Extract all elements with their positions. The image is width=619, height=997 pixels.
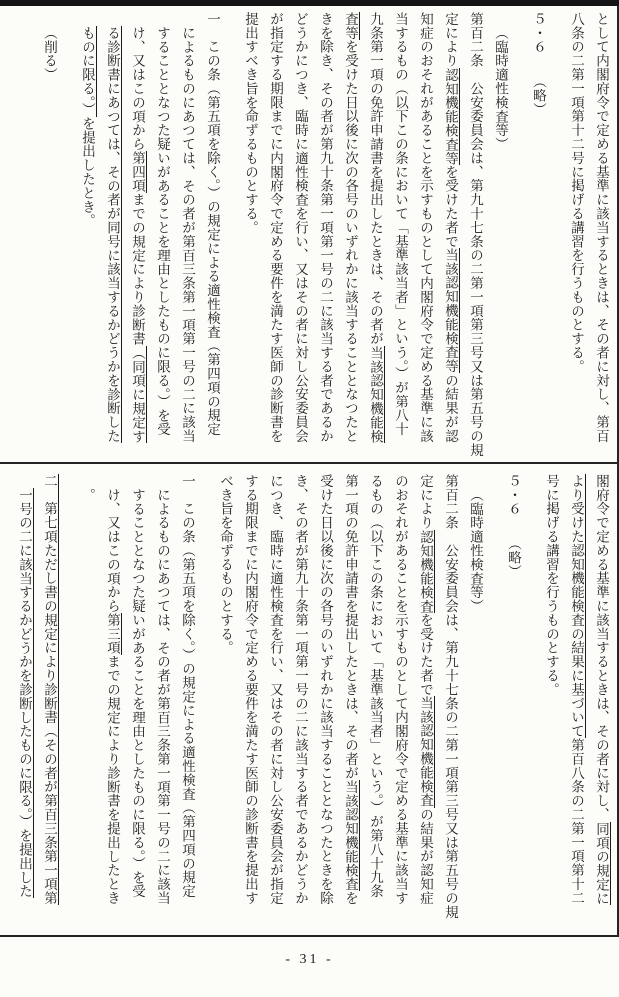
text-column: ５・６ （略） — [501, 474, 526, 922]
text-run: することとなつた疑いがあることを理由としたものに限る。）を受 — [155, 26, 170, 436]
text-run: 第百二条 公安委員会は、第九十七条の二第一項第三号又は第五号の規 — [443, 474, 458, 919]
sideline-emphasis-text: 当該認知機能検査 — [343, 780, 360, 891]
text-column: 閣府令で定める基準に該当するときは、その者に対し、同項の規定に — [589, 474, 614, 922]
sideline-emphasis-text: 当該認知機能検査等 — [443, 248, 460, 373]
text-column: より受けた認知機能検査の結果に基づいて第百八条の二第一項第十二 — [564, 474, 589, 922]
sideline-emphasis-text: 一号の二に該当するかどうかを診断したものに限る。）を提出した — [17, 488, 34, 898]
text-column: によるものにあつては、その者が第百三条第一項第一号の二に該当 — [150, 474, 175, 922]
text-column: 査等を受けた日以後に次の各号のいずれかに該当することとなつたと — [338, 12, 363, 460]
text-column: 定により認知機能検査等を受けた者で当該認知機能検査等の結果が認 — [438, 12, 463, 460]
text-column: することとなつた疑いがあることを理由としたものに限る。）を受 — [150, 12, 175, 460]
sideline-emphasis-text: る診断書にあつては、その者が同号に該当するかどうかを診断した — [105, 26, 122, 443]
text-run: を受けた者で — [443, 165, 458, 248]
text-column: 当するもの（以下この条において「基準該当者」という。）が第八十 — [388, 12, 413, 460]
text-run: べき旨を命ずるものとする。 — [218, 474, 233, 655]
text-run: 第百二条 公安委員会は、第九十七条の二第一項第三号又は第五号の規 — [468, 12, 483, 457]
text-column: 第百二条 公安委員会は、第九十七条の二第一項第三号又は第五号の規 — [463, 12, 488, 460]
text-column: べき旨を命ずるものとする。 — [213, 474, 238, 922]
sideline-emphasis-text: 第四項 — [130, 151, 147, 193]
text-run: として内閣府令で定める基準に該当するときは、その者に対し、第百 — [594, 12, 609, 443]
text-run: 当するもの（以下この条において「基準該当者」という。）が第八十 — [393, 12, 408, 436]
text-column: として内閣府令で定める基準に該当するときは、その者に対し、第百 — [589, 12, 614, 460]
text-run: を受けた者で — [418, 613, 433, 696]
text-run: 一 この条（第五項を除く。）の規定による適性検査（第四項の規定 — [205, 12, 220, 436]
text-column: け、又はこの項から第四項までの規定により診断書（同項に規定す — [125, 12, 150, 460]
text-column: 二 第七項ただし書の規定により診断書（その者が第百三条第一項第 — [37, 474, 62, 922]
sideline-emphasis-text: 認知機能検査 — [418, 530, 435, 613]
text-column: のおそれがあることを示すものとして内閣府令で定める基準に該当す — [388, 474, 413, 922]
text-run: 。 — [80, 488, 95, 502]
text-column: によるものにあつては、その者が第百三条第一項第一号の二に該当 — [175, 12, 200, 460]
text-run: までの規定により診断書 — [130, 193, 145, 346]
text-run: することとなつた疑いがあることを理由としたものに限る。）を受 — [130, 488, 145, 898]
text-run: によるものにあつては、その者が第百三条第一項第一号の二に該当 — [155, 488, 170, 905]
text-column: 知症のおそれがあることを示すものとして内閣府令で定める基準に該 — [413, 12, 438, 460]
text-run: によるものにあつては、その者が第百三条第一項第一号の二に該当 — [180, 26, 195, 443]
text-column: る診断書にあつては、その者が同号に該当するかどうかを診断した — [100, 12, 125, 460]
text-column: （臨時適性検査等） — [463, 474, 488, 922]
sideline-emphasis-text: 当該認知機能検査 — [418, 696, 435, 807]
table-top-border — [0, 0, 619, 6]
text-column: する期限までに内閣府令で定める要件を満たす医師の診断書を提出す — [238, 474, 263, 922]
text-column: 号に掲げる講習を行うものとする。 — [539, 474, 564, 922]
upper-provision-text-block: として内閣府令で定める基準に該当するときは、その者に対し、第百八条の二第一項第十… — [37, 12, 614, 460]
text-run: の結果が認知症 — [418, 808, 433, 905]
text-run: 閣府令で定める基準に該当するときは、その者に対し、 — [594, 474, 609, 822]
text-column: ５・６ （略） — [526, 12, 551, 460]
text-run: 第百八条の二第一項第十二 — [569, 738, 584, 905]
text-column: きを除き、その者が第九十条第一項第一号の二に該当する者であるか — [313, 12, 338, 460]
page-number: - 31 - — [0, 952, 619, 968]
text-run: 定により — [443, 12, 458, 68]
text-column: が指定する期限までに内閣府令で定める要件を満たす医師の診断書を — [263, 12, 288, 460]
text-run: ５・６ （略） — [506, 474, 521, 578]
text-run: ５・６ （略） — [531, 12, 546, 116]
text-run: るもの（以下この条において「基準該当者」という。）が第八十九条 — [368, 474, 383, 898]
section-divider-rule — [0, 462, 619, 464]
text-column: につき、臨時に適性検査を行い、又はその者に対し公安委員会が指定 — [263, 474, 288, 922]
text-column: 八条の二第一項第十二号に掲げる講習を行うものとする。 — [564, 12, 589, 460]
text-run: の結果が認 — [443, 373, 458, 443]
lower-provision-text-block: 閣府令で定める基準に該当するときは、その者に対し、同項の規定により受けた認知機能… — [12, 474, 614, 922]
text-column: 一号の二に該当するかどうかを診断したものに限る。）を提出した — [12, 474, 37, 922]
text-run: 定により — [418, 474, 433, 530]
text-run: を受けた日以後に次の各号のいずれかに該当することとなつたと — [343, 40, 358, 443]
text-column: け、又はこの項から第三項までの規定により診断書を提出したとき — [100, 474, 125, 922]
text-column: 九条第一項の免許申請書を提出したときは、その者が当該認知機能検 — [363, 12, 388, 460]
text-column: 第一項の免許申請書を提出したときは、その者が当該認知機能検査を — [338, 474, 363, 922]
sideline-emphasis-text: 同項の規定に — [594, 822, 611, 905]
text-column: るもの（以下この条において「基準該当者」という。）が第八十九条 — [363, 474, 388, 922]
text-run: 知症のおそれがあることを示すものとして内閣府令で定める基準に該 — [418, 12, 433, 443]
text-run: を — [343, 891, 358, 905]
text-column: することとなつた疑いがあることを理由としたものに限る。）を受 — [125, 474, 150, 922]
text-run: け、又はこの項から — [130, 26, 145, 151]
document-page: として内閣府令で定める基準に該当するときは、その者に対し、第百八条の二第一項第十… — [0, 0, 619, 997]
sideline-emphasis-text: 第三項 — [105, 613, 122, 655]
sideline-emphasis-text: 当該認知機能検 — [368, 346, 385, 443]
text-column: （臨時適性検査等） — [488, 12, 513, 460]
text-run: 一 この条（第五項を除く。）の規定による適性検査（第四項の規定 — [180, 474, 195, 898]
text-column: ものに限る。）を提出したとき。 — [75, 12, 100, 460]
text-column: 提出すべき旨を命ずるものとする。 — [238, 12, 263, 460]
text-column: 。 — [75, 474, 100, 922]
text-run: 九条第一項の免許申請書を提出したときは、その者が — [368, 12, 383, 346]
sideline-emphasis-text: ものに限る。） — [80, 26, 97, 117]
text-column: 一 この条（第五項を除く。）の規定による適性検査（第四項の規定 — [200, 12, 225, 460]
text-run: する期限までに内閣府令で定める要件を満たす医師の診断書を提出す — [243, 474, 258, 905]
text-run: のおそれがあることを示すものとして内閣府令で定める基準に該当す — [393, 474, 408, 905]
text-run: きを除き、その者が第九十条第一項第一号の二に該当する者であるか — [318, 12, 333, 443]
text-run: が指定する期限までに内閣府令で定める要件を満たす医師の診断書を — [268, 12, 283, 443]
text-column: 定により認知機能検査を受けた者で当該認知機能検査の結果が認知症 — [413, 474, 438, 922]
text-run: 号に掲げる講習を行うものとする。 — [544, 474, 559, 696]
text-column: （削る） — [37, 12, 62, 460]
sideline-emphasis-text: 二 第七項ただし書の規定により診断書（その者が第百三条第一項第 — [42, 474, 59, 905]
text-column: 第百二条 公安委員会は、第九十七条の二第一項第三号又は第五号の規 — [438, 474, 463, 922]
table-bottom-border — [0, 935, 619, 937]
text-column: 受けた日以後に次の各号のいずれかに該当することとなつたときを除 — [313, 474, 338, 922]
text-run: につき、臨時に適性検査を行い、又はその者に対し公安委員会が指定 — [268, 474, 283, 905]
text-run: （臨時適性検査等） — [468, 488, 483, 613]
text-column: どうかにつき、臨時に適性検査を行い、又はその者に対し公安委員会 — [288, 12, 313, 460]
sideline-emphasis-text: 認知機能検査等 — [443, 68, 460, 165]
text-run: （臨時適性検査等） — [493, 26, 508, 151]
text-run: き、その者が第九十条第一項第一号の二に該当する者であるかどうか — [293, 474, 308, 905]
sideline-emphasis-text: より受けた認知機能検査の結果に基づいて — [569, 474, 586, 738]
text-run: 受けた日以後に次の各号のいずれかに該当することとなつたときを除 — [318, 474, 333, 905]
sideline-emphasis-text: 査等 — [343, 12, 360, 40]
text-run: 提出すべき旨を命ずるものとする。 — [243, 12, 258, 234]
text-run: け、又はこの項から — [105, 488, 120, 613]
text-run: どうかにつき、臨時に適性検査を行い、又はその者に対し公安委員会 — [293, 12, 308, 443]
text-run: （削る） — [42, 26, 57, 82]
sideline-emphasis-text: （同項に規定す — [130, 346, 147, 443]
text-run: 第一項の免許申請書を提出したときは、その者が — [343, 474, 358, 780]
text-run: までの規定により診断書を提出したとき — [105, 655, 120, 905]
text-run: 八条の二第一項第十二号に掲げる講習を行うものとする。 — [569, 12, 584, 373]
text-column: き、その者が第九十条第一項第一号の二に該当する者であるかどうか — [288, 474, 313, 922]
text-run: を提出したとき。 — [80, 117, 95, 228]
text-column: 一 この条（第五項を除く。）の規定による適性検査（第四項の規定 — [175, 474, 200, 922]
